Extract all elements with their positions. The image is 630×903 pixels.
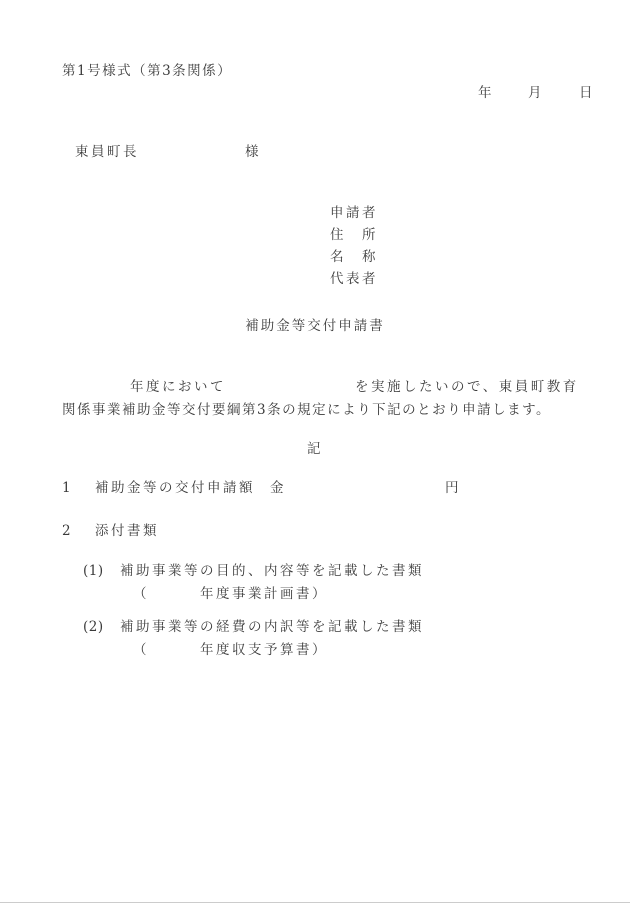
attachment1-description: 補助事業等の目的、内容等を記載した書類: [120, 563, 424, 579]
date-year-label: 年: [478, 85, 494, 101]
attachment2-description: 補助事業等の経費の内訳等を記載した書類: [120, 619, 424, 635]
item1-number: 1: [62, 480, 73, 496]
applicant-block: 申請者 住 所 名 称 代表者: [330, 202, 378, 290]
date-day-label: 日: [579, 85, 595, 101]
attachment2-paren-open: （: [133, 642, 149, 658]
attachment1-number: (1): [83, 563, 104, 579]
addressee-name: 東員町長: [75, 144, 139, 160]
attachment1-paren-open: （: [133, 586, 149, 602]
form-number: 第1号様式（第3条関係）: [62, 63, 232, 79]
item1-label: 補助金等の交付申請額: [95, 480, 255, 496]
applicant-heading: 申請者: [330, 202, 378, 224]
attachment2-number: (2): [83, 619, 104, 635]
body-line1-continuation: を実施したいので、東員町教育: [355, 379, 579, 395]
record-marker: 記: [0, 441, 630, 457]
item2-label: 添付書類: [95, 523, 159, 539]
applicant-address-label: 住 所: [330, 224, 378, 246]
applicant-name-label: 名 称: [330, 246, 378, 268]
addressee-honorific: 様: [245, 144, 261, 160]
amount-prefix: 金: [270, 480, 286, 496]
attachment2-paren-text: 年度収支予算書）: [200, 642, 328, 658]
date-month-label: 月: [528, 85, 544, 101]
attachment1-paren-text: 年度事業計画書）: [200, 586, 328, 602]
document-title: 補助金等交付申請書: [0, 318, 630, 334]
body-line1-text: 年度において: [130, 379, 226, 395]
item2-number: 2: [62, 523, 73, 539]
document-page: 第1号様式（第3条関係） 年 月 日 東員町長 様 申請者 住 所 名 称 代表…: [0, 0, 630, 903]
body-line2-text: 関係事業補助金等交付要綱第3条の規定により下記のとおり申請します。: [62, 402, 551, 418]
amount-suffix: 円: [445, 480, 461, 496]
applicant-representative-label: 代表者: [330, 268, 378, 290]
